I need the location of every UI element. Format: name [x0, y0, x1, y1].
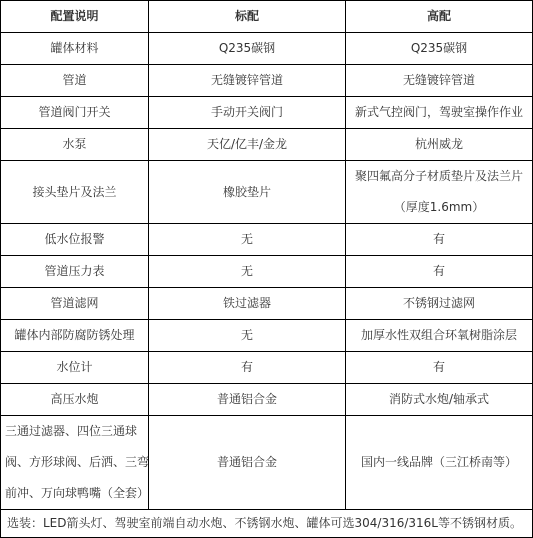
premium-cell: 有 [346, 224, 533, 256]
header-config-description: 配置说明 [1, 1, 149, 33]
table-row: 高压水炮 普通铝合金 消防式水炮/轴承式 [1, 384, 533, 416]
standard-cell: 无 [149, 224, 346, 256]
footer-row: 选装：LED箭头灯、驾驶室前端自动水炮、不锈钢水炮、罐体可选304/316/31… [1, 510, 533, 525]
item-cell: 管道滤网 [1, 288, 149, 320]
item-cell-line: 三通过滤器、四位三通球 [5, 416, 148, 447]
standard-cell: 天亿/亿丰/金龙 [149, 129, 346, 161]
item-cell: 管道压力表 [1, 256, 149, 288]
optional-equipment-note: 选装：LED箭头灯、驾驶室前端自动水炮、不锈钢水炮、罐体可选304/316/31… [1, 510, 533, 525]
premium-cell-line: 聚四氟高分子材质垫片及法兰片 [346, 161, 532, 192]
item-cell: 管道 [1, 65, 149, 97]
table-row: 水泵 天亿/亿丰/金龙 杭州威龙 [1, 129, 533, 161]
premium-cell: 有 [346, 256, 533, 288]
table-row: 管道压力表 无 有 [1, 256, 533, 288]
table-row: 管道 无缝镀锌管道 无缝镀锌管道 [1, 65, 533, 97]
item-cell: 低水位报警 [1, 224, 149, 256]
table-row: 接头垫片及法兰 橡胶垫片 聚四氟高分子材质垫片及法兰片 （厚度1.6mm） [1, 161, 533, 224]
premium-cell: Q235碳钢 [346, 33, 533, 65]
item-cell: 接头垫片及法兰 [1, 161, 149, 224]
premium-cell-line: （厚度1.6mm） [346, 192, 532, 223]
item-cell-line: 前冲、万向球鸭嘴（全套） [5, 478, 148, 509]
premium-cell: 国内一线品牌（三江桥南等） [346, 416, 533, 510]
standard-cell: 铁过滤器 [149, 288, 346, 320]
spec-comparison-table: 配置说明 标配 高配 罐体材料 Q235碳钢 Q235碳钢 管道 无缝镀锌管道 … [0, 0, 533, 524]
item-cell: 罐体内部防腐防锈处理 [1, 320, 149, 352]
standard-cell: 无 [149, 256, 346, 288]
premium-cell: 杭州威龙 [346, 129, 533, 161]
standard-cell: 橡胶垫片 [149, 161, 346, 224]
table-row: 低水位报警 无 有 [1, 224, 533, 256]
standard-cell: 无 [149, 320, 346, 352]
standard-cell: 无缝镀锌管道 [149, 65, 346, 97]
item-cell: 水泵 [1, 129, 149, 161]
table-row: 罐体材料 Q235碳钢 Q235碳钢 [1, 33, 533, 65]
table-row: 管道阀门开关 手动开关阀门 新式气控阀门，驾驶室操作作业 [1, 97, 533, 129]
standard-cell: 有 [149, 352, 346, 384]
table-row: 管道滤网 铁过滤器 不锈钢过滤网 [1, 288, 533, 320]
premium-cell: 聚四氟高分子材质垫片及法兰片 （厚度1.6mm） [346, 161, 533, 224]
item-cell: 管道阀门开关 [1, 97, 149, 129]
premium-cell: 无缝镀锌管道 [346, 65, 533, 97]
header-premium: 高配 [346, 1, 533, 33]
premium-cell: 消防式水炮/轴承式 [346, 384, 533, 416]
item-cell: 高压水炮 [1, 384, 149, 416]
header-standard: 标配 [149, 1, 346, 33]
item-cell-line: 阀、方形球阀、后洒、三弯 [5, 447, 148, 478]
premium-cell: 新式气控阀门，驾驶室操作作业 [346, 97, 533, 129]
item-cell: 三通过滤器、四位三通球 阀、方形球阀、后洒、三弯 前冲、万向球鸭嘴（全套） [1, 416, 149, 510]
standard-cell: 普通铝合金 [149, 416, 346, 510]
premium-cell: 加厚水性双组合环氧树脂涂层 [346, 320, 533, 352]
item-cell: 水位计 [1, 352, 149, 384]
table-row: 罐体内部防腐防锈处理 无 加厚水性双组合环氧树脂涂层 [1, 320, 533, 352]
standard-cell: 手动开关阀门 [149, 97, 346, 129]
standard-cell: 普通铝合金 [149, 384, 346, 416]
table-header-row: 配置说明 标配 高配 [1, 1, 533, 33]
premium-cell: 不锈钢过滤网 [346, 288, 533, 320]
item-cell: 罐体材料 [1, 33, 149, 65]
standard-cell: Q235碳钢 [149, 33, 346, 65]
premium-cell: 有 [346, 352, 533, 384]
table-row: 水位计 有 有 [1, 352, 533, 384]
table-row: 三通过滤器、四位三通球 阀、方形球阀、后洒、三弯 前冲、万向球鸭嘴（全套） 普通… [1, 416, 533, 510]
